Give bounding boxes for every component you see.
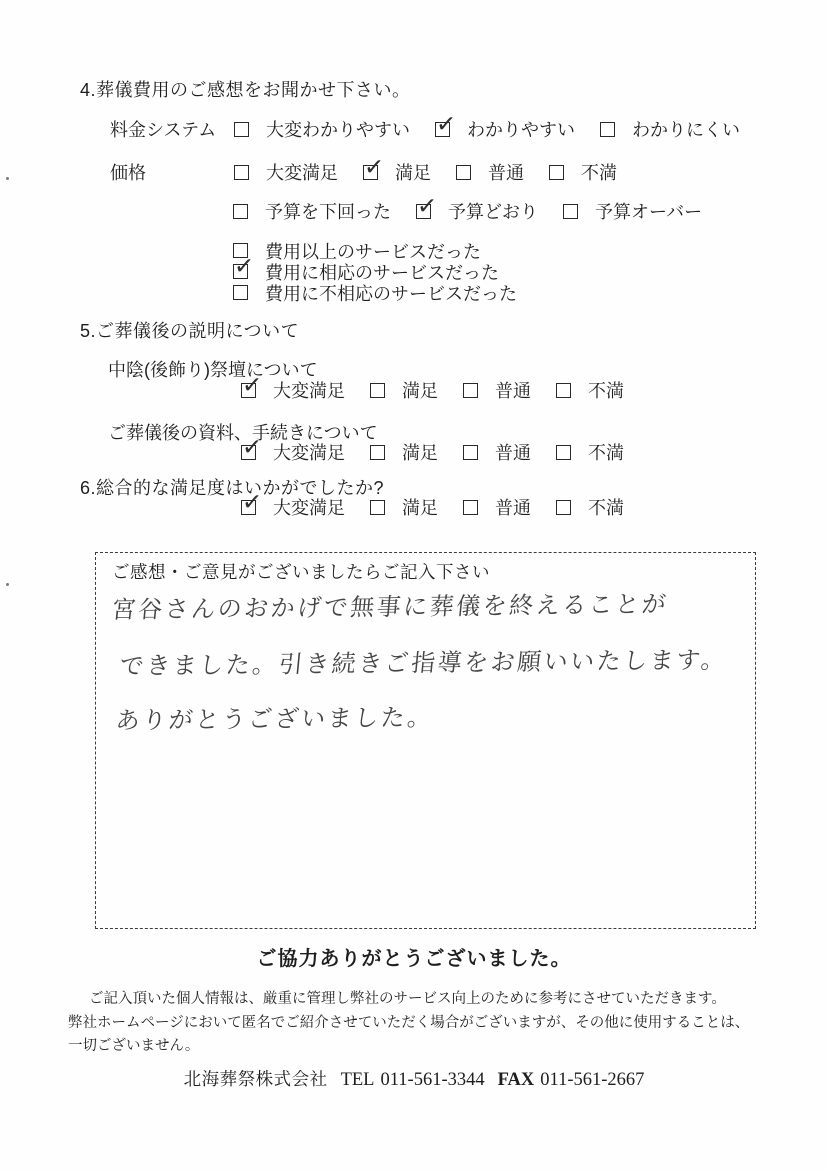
checkbox[interactable] [233,264,248,279]
checkbox[interactable] [549,165,564,180]
privacy-line: ご記入頂いた個人情報は、厳重に管理し弊社のサービス向上のために参考にさせていただ… [68,988,768,1012]
option: 大変満足 [241,494,345,520]
checkbox[interactable] [416,204,431,219]
price-label: 価格 [110,159,234,185]
tel-number: 011-561-3344 [380,1070,484,1091]
checkbox[interactable] [370,500,385,515]
option: 不満 [556,439,624,465]
option-label: 予算を下回った [265,198,391,224]
checkbox[interactable] [435,122,450,137]
checkbox[interactable] [463,383,478,398]
fax-label: FAX [498,1070,535,1091]
option: 予算を下回った [233,198,391,224]
checkbox[interactable] [556,500,571,515]
option: 大変わかりやすい [234,116,410,142]
checkbox[interactable] [233,285,248,300]
checkbox[interactable] [241,500,256,515]
checkbox[interactable] [556,383,571,398]
option: 大変満足 [241,439,345,465]
option-label: 満足 [402,494,438,520]
option: 満足 [370,439,438,465]
option: 不満 [549,159,617,185]
option: 大変満足 [234,159,338,185]
comment-input-area[interactable]: ご感想・ご意見がございましたらご記入下さい 宮谷さんのおかげで無事に葬儀を終える… [95,552,756,929]
option: 大変満足 [241,377,345,403]
scan-speck [6,177,9,180]
q5-title: 5.ご葬儀後の説明について [80,317,299,343]
option-label: 大変満足 [273,494,345,520]
option-label: 予算オーバー [595,198,702,224]
handwritten-comment-line: 宮谷さんのおかげで無事に葬儀を終えることが [110,584,670,625]
q6-overall-row: 大変満足 満足 普通 不満 [241,496,649,518]
option: 満足 [370,494,438,520]
fax-number: 011-561-2667 [540,1070,644,1091]
option-label: 普通 [495,439,531,465]
checkbox[interactable] [241,445,256,460]
handwritten-comment-line: できました。引き続きご指導をお願いいたします。 [118,640,729,681]
option-label: 大変満足 [273,377,345,403]
option: 普通 [456,159,524,185]
tel-label: TEL [341,1070,375,1091]
q4-fee-system-row: 料金システム 大変わかりやすい わかりやすい わかりにくい [110,118,765,140]
privacy-line: 弊社ホームページにおいて匿名でご紹介させていただく場合がございますが、その他に使… [68,1012,768,1036]
service-option: 費用に不相応のサービスだった [233,282,517,303]
checkbox[interactable] [370,445,385,460]
option-label: 大変わかりやすい [266,116,410,142]
option: 不満 [556,377,624,403]
option-label: 満足 [402,439,438,465]
closing-thanks: ご協力ありがとうございました。 [0,942,828,971]
option: 満足 [370,377,438,403]
option-label: 満足 [402,377,438,403]
q5-documents-row: 大変満足 満足 普通 不満 [241,441,649,463]
checkbox[interactable] [363,165,378,180]
option-label: 費用に不相応のサービスだった [265,280,517,306]
checkbox[interactable] [463,445,478,460]
q4-service-value-group: 費用以上のサービスだった 費用に相応のサービスだった 費用に不相応のサービスだっ… [233,240,517,303]
option: 普通 [463,494,531,520]
option: 不満 [556,494,624,520]
footer: 北海葬祭株式会社 TEL 011-561-3344 FAX 011-561-26… [0,1066,828,1091]
checkbox[interactable] [233,204,248,219]
company-name: 北海葬祭株式会社 [184,1066,328,1091]
option-label: 不満 [581,159,617,185]
checkbox[interactable] [556,445,571,460]
checkbox[interactable] [234,122,249,137]
q4-price-row: 価格 大変満足 満足 普通 不満 [110,161,642,183]
scan-speck [6,583,9,586]
option-label: 普通 [495,494,531,520]
option: 普通 [463,439,531,465]
questionnaire-page: 4.葬儀費用のご感想をお聞かせ下さい。 料金システム 大変わかりやすい わかりや… [0,0,828,1171]
option: わかりにくい [600,116,740,142]
fee-system-label: 料金システム [110,116,234,142]
privacy-line: 一切ございません。 [68,1035,768,1059]
option-label: 普通 [495,377,531,403]
checkbox[interactable] [600,122,615,137]
privacy-note: ご記入頂いた個人情報は、厳重に管理し弊社のサービス向上のために参考にさせていただ… [68,988,768,1059]
option-label: 不満 [588,439,624,465]
option-label: 予算どおり [448,198,538,224]
checkbox[interactable] [456,165,471,180]
option-label: 不満 [588,377,624,403]
option-label: わかりにくい [632,116,740,142]
option-label: 大変満足 [273,439,345,465]
option-label: 普通 [488,159,524,185]
checkbox[interactable] [563,204,578,219]
option-label: 不満 [588,494,624,520]
q4-budget-row: 予算を下回った 予算どおり 予算オーバー [233,200,727,222]
checkbox[interactable] [241,383,256,398]
checkbox[interactable] [370,383,385,398]
option: 普通 [463,377,531,403]
option: 予算オーバー [563,198,702,224]
comment-prompt: ご感想・ご意見がございましたらご記入下さい [112,559,490,584]
option: 満足 [363,159,431,185]
option-label: わかりやすい [467,116,575,142]
option: 予算どおり [416,198,538,224]
option-label: 大変満足 [266,159,338,185]
q5-altar-row: 大変満足 満足 普通 不満 [241,379,649,401]
option: わかりやすい [435,116,575,142]
checkbox[interactable] [463,500,478,515]
q4-title: 4.葬儀費用のご感想をお聞かせ下さい。 [80,76,411,102]
checkbox[interactable] [234,165,249,180]
handwritten-comment-line: ありがとうございました。 [114,697,435,735]
option-label: 満足 [395,159,431,185]
